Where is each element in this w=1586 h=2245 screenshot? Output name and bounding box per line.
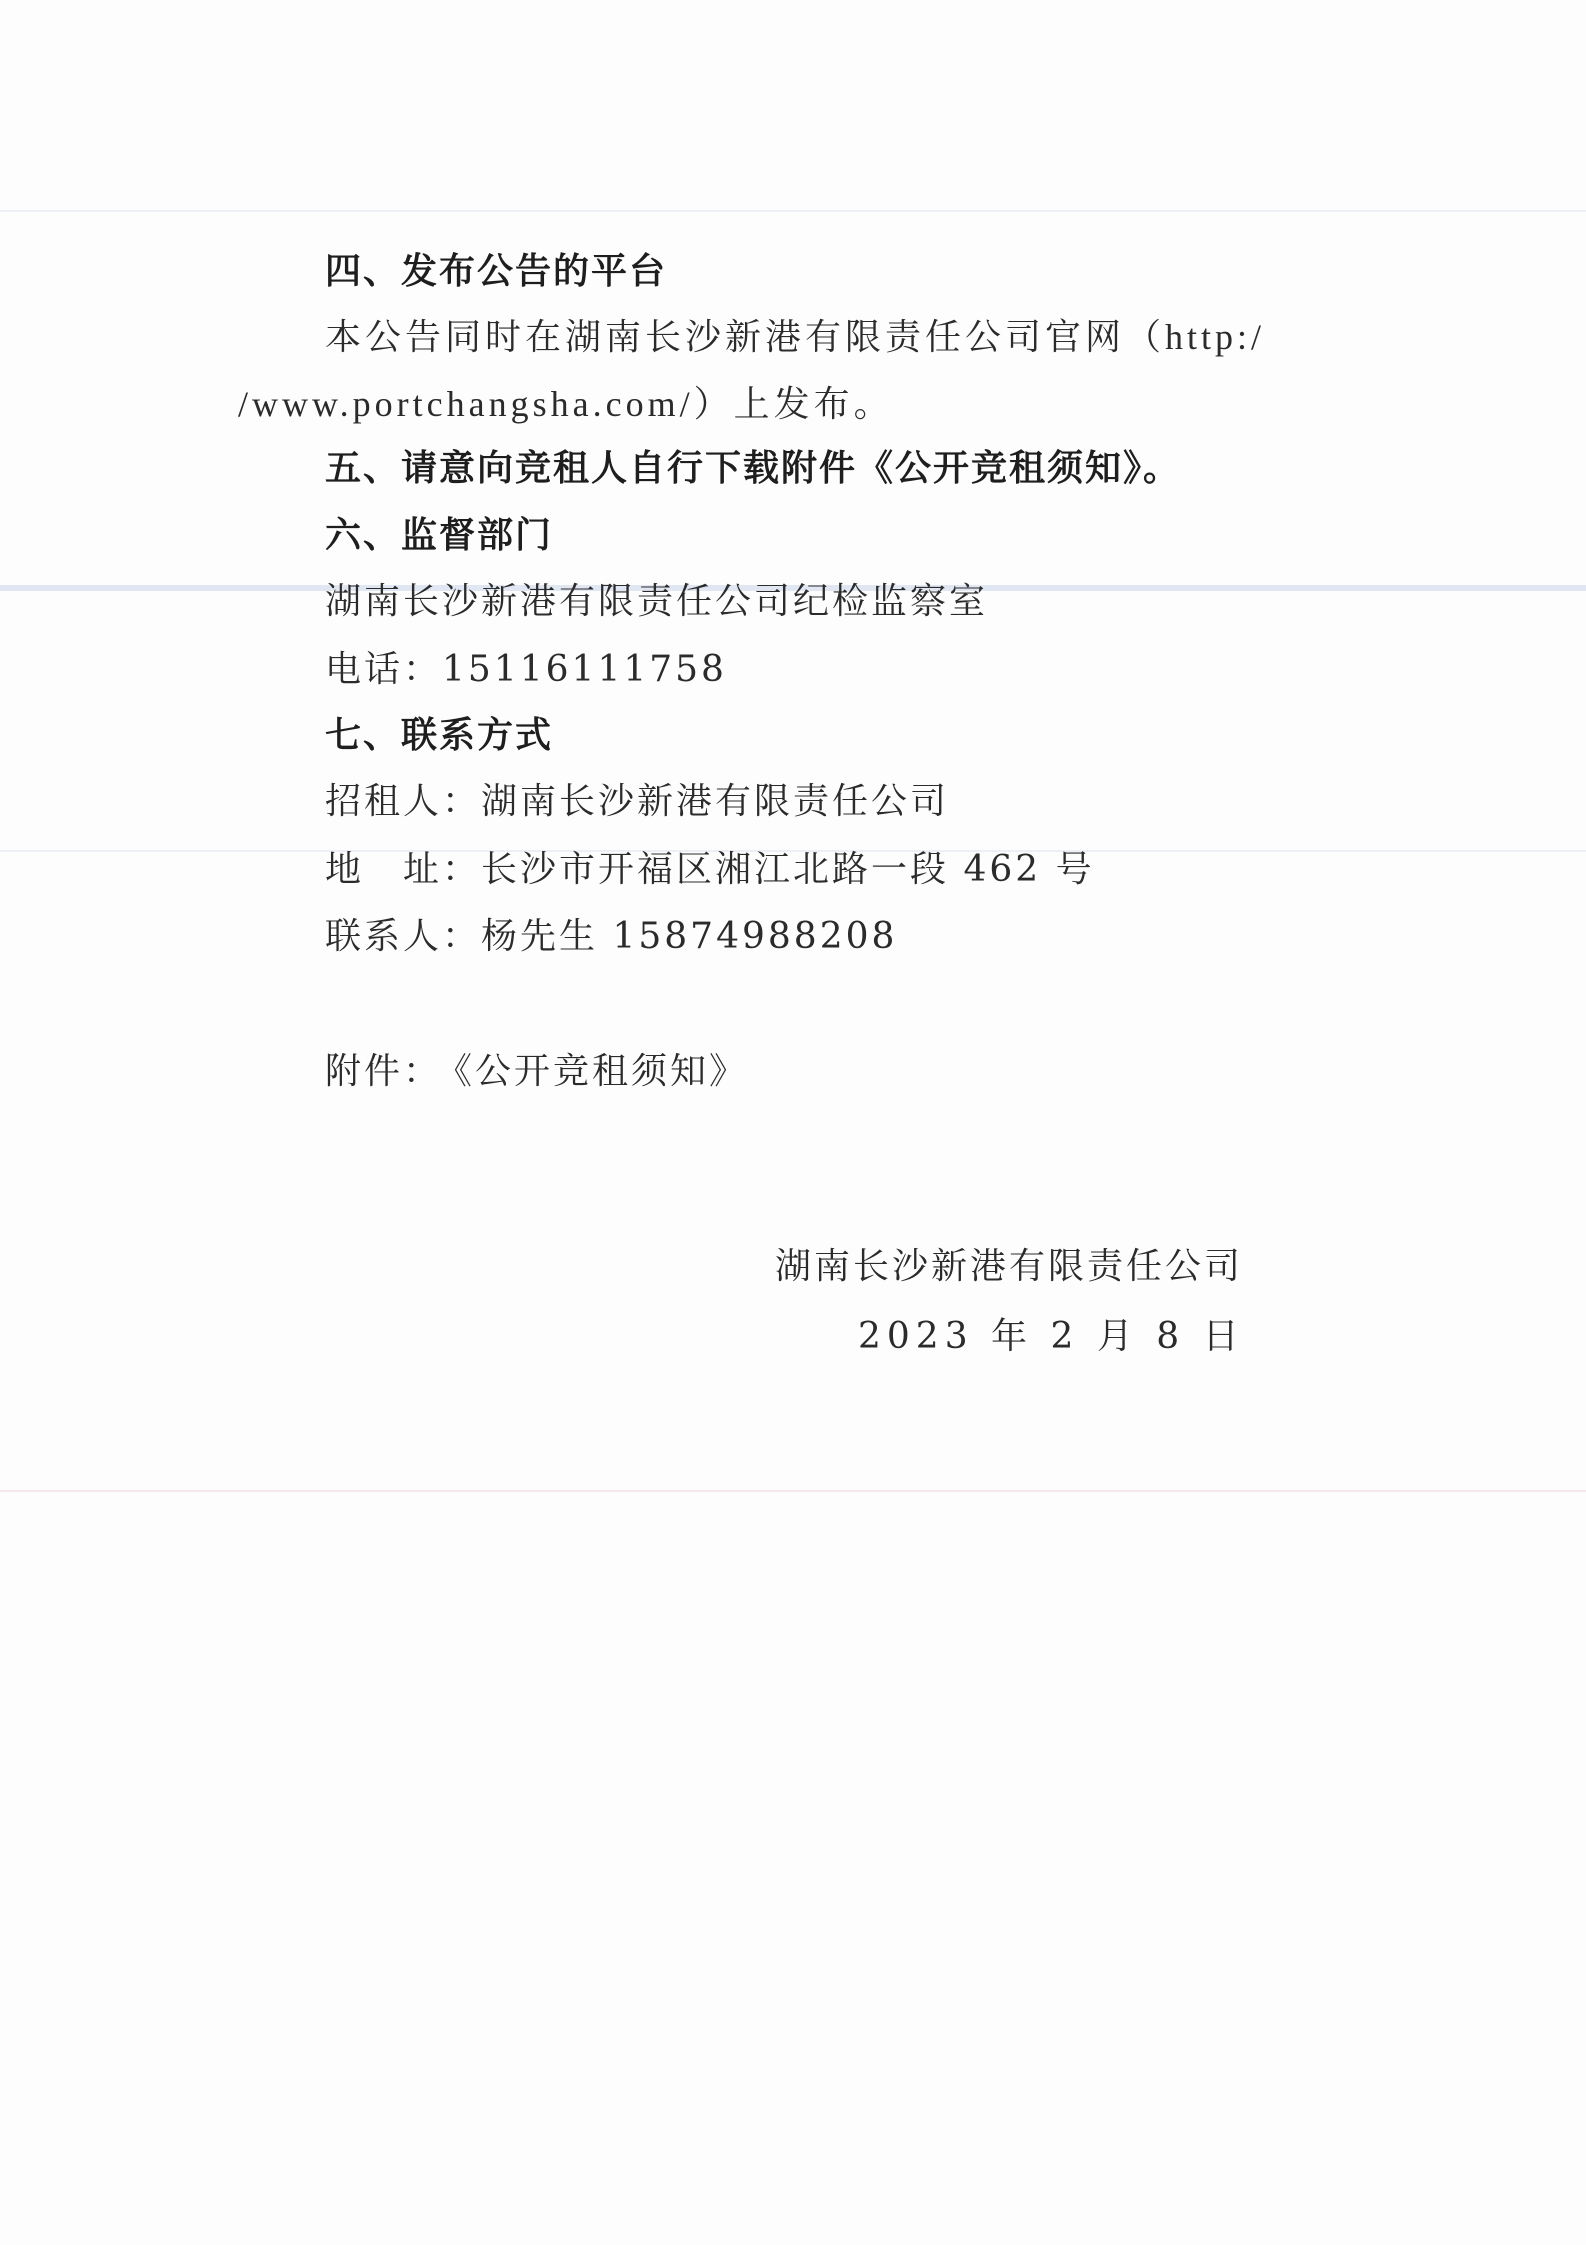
scan-artifact — [0, 1490, 1586, 1492]
address-line: 地 址：长沙市开福区湘江北路一段 462 号 — [325, 848, 1095, 892]
supervision-phone-line: 电话：15116111758 — [325, 648, 727, 692]
contact-value: 杨先生 15874988208 — [481, 916, 897, 957]
lessor-label: 招租人： — [325, 781, 481, 822]
attachment-label: 附件： — [325, 1051, 442, 1092]
section-4-text-line-1: 本公告同时在湖南长沙新港有限责任公司官网（http:/ — [325, 315, 1265, 359]
contact-line: 联系人：杨先生 15874988208 — [325, 915, 897, 959]
contact-label: 联系人： — [325, 916, 481, 957]
scan-artifact — [0, 210, 1586, 212]
address-value: 长沙市开福区湘江北路一段 462 号 — [481, 849, 1095, 890]
section-4-text-line-2: /www.portchangsha.com/）上发布。 — [238, 382, 894, 426]
attachment-line: 附件：《公开竞租须知》 — [325, 1050, 748, 1094]
phone-label: 电话： — [325, 649, 442, 690]
supervision-department: 湖南长沙新港有限责任公司纪检监察室 — [325, 580, 988, 624]
section-7-heading: 七、联系方式 — [325, 714, 553, 758]
lessor-line: 招租人：湖南长沙新港有限责任公司 — [325, 780, 949, 824]
section-4-heading: 四、发布公告的平台 — [325, 250, 667, 294]
phone-number: 15116111758 — [442, 649, 727, 690]
attachment-name: 《公开竞租须知》 — [454, 1051, 748, 1092]
lessor-value: 湖南长沙新港有限责任公司 — [481, 781, 949, 822]
signature-date: 2023 年 2 月 8 日 — [858, 1315, 1245, 1359]
document-page: 四、发布公告的平台 本公告同时在湖南长沙新港有限责任公司官网（http:/ /w… — [0, 0, 1586, 2245]
signature-company: 湖南长沙新港有限责任公司 — [775, 1245, 1243, 1289]
section-5-heading: 五、请意向竞租人自行下载附件《公开竞租须知》。 — [325, 447, 1181, 491]
section-6-heading: 六、监督部门 — [325, 514, 553, 558]
address-label: 地 址： — [325, 849, 481, 890]
